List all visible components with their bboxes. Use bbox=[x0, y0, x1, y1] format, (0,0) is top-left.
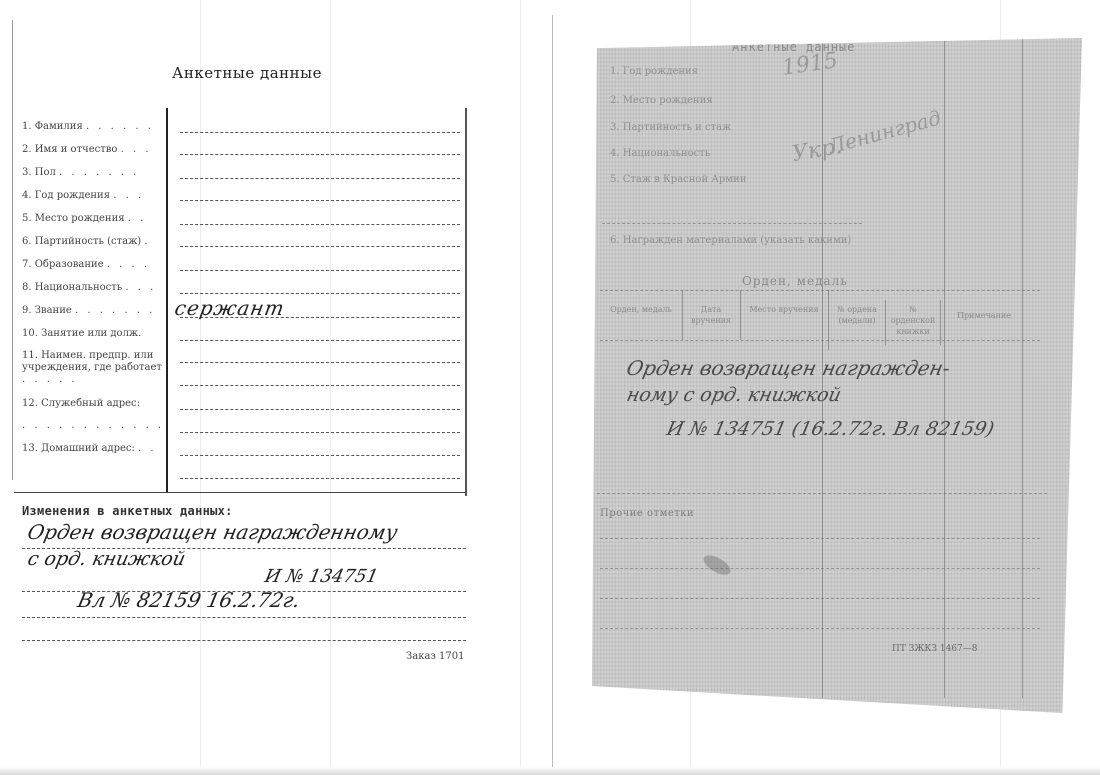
table-col-line bbox=[740, 290, 741, 340]
notes-line bbox=[600, 598, 1040, 599]
notes-line bbox=[600, 568, 1040, 569]
handwritten-change-line: И № 134751 bbox=[263, 566, 380, 587]
field-name: 2. Имя и отчество . . . bbox=[22, 144, 152, 155]
field-army-service: 5. Стаж в Красной Армии bbox=[610, 174, 746, 185]
handwritten-change-line: Орден возвращен награжденному bbox=[25, 520, 399, 544]
table-header: № орденской книжки bbox=[887, 304, 939, 337]
table-header: Примечание bbox=[944, 310, 1024, 321]
handwritten-change-line: Вл № 82159 16.2.72г. bbox=[75, 588, 302, 612]
field-occupation: 10. Занятие или долж. bbox=[22, 328, 141, 339]
field-sex: 3. Пол . . . . . . . bbox=[22, 167, 139, 178]
field-rank: 9. Звание . . . . . . . bbox=[22, 305, 155, 316]
table-header: Дата вручения bbox=[684, 304, 738, 326]
handwritten-rank: сержант bbox=[173, 296, 287, 320]
value-line bbox=[180, 409, 460, 410]
page-edge bbox=[12, 20, 13, 480]
field-nationality: 4. Национальность bbox=[610, 148, 710, 159]
table-header: Место вручения bbox=[742, 304, 826, 315]
handwritten-note-line: Орден возвращен награжден- bbox=[624, 356, 952, 380]
field-nationality: 8. Национальность . . . bbox=[22, 282, 156, 293]
field-work-address-cont: . . . . . . . . . . . . bbox=[22, 420, 164, 431]
left-page: Анкетные данные 1. Фамилия . . . . . . 2… bbox=[0, 0, 560, 775]
table-col-line bbox=[828, 290, 829, 350]
table-col-line bbox=[885, 300, 886, 345]
print-order-number: Заказ 1701 bbox=[406, 651, 465, 662]
awards-section-label: 6. Награжден материалами (указать какими… bbox=[610, 235, 851, 246]
grid-line bbox=[1022, 38, 1023, 698]
form-frame-left bbox=[166, 108, 168, 492]
changes-line bbox=[22, 617, 466, 618]
page-title: Анкетные данные bbox=[732, 40, 855, 54]
field-birthplace: 5. Место рождения . . bbox=[22, 213, 146, 224]
value-line bbox=[180, 362, 460, 363]
value-line bbox=[180, 246, 460, 247]
print-footer: ПТ ЗЖКЗ 1467—8 bbox=[892, 644, 978, 654]
divider bbox=[597, 493, 1047, 494]
field-education: 7. Образование . . . . bbox=[22, 259, 150, 270]
handwritten-note-line: И № 134751 (16.2.72г. Вл 82159) bbox=[665, 418, 996, 440]
table-col-line bbox=[940, 300, 941, 345]
value-line bbox=[180, 340, 460, 341]
changes-title: Изменения в анкетных данных: bbox=[22, 504, 233, 518]
ink-smudge bbox=[701, 551, 734, 578]
field-birthplace: 2. Место рождения bbox=[610, 95, 713, 106]
handwritten-nationality: Укр. bbox=[790, 134, 844, 167]
value-line bbox=[180, 385, 460, 386]
table-header: № ордена (медали) bbox=[830, 304, 884, 326]
handwritten-party: Ленинград bbox=[826, 105, 944, 158]
value-line bbox=[180, 478, 460, 479]
field-work-address: 12. Служебный адрес: bbox=[22, 398, 140, 409]
table-line bbox=[600, 290, 1040, 291]
changes-line bbox=[22, 640, 466, 641]
notes-label: Прочие отметки bbox=[600, 508, 694, 519]
value-line bbox=[180, 270, 460, 271]
field-party: 6. Партийность (стаж) . bbox=[22, 236, 151, 247]
value-line bbox=[180, 293, 460, 294]
notes-line bbox=[600, 628, 1040, 629]
form-frame-bottom bbox=[14, 492, 466, 493]
right-page: Анкетные данные 1. Год рождения 2. Место… bbox=[592, 38, 1082, 713]
handwritten-note-line: ному с орд. книжкой bbox=[625, 384, 844, 406]
field-party: 3. Партийность и стаж bbox=[610, 122, 731, 133]
value-line bbox=[180, 432, 460, 433]
field-birth-year: 1. Год рождения bbox=[610, 66, 698, 77]
field-birth-year: 4. Год рождения . . . bbox=[22, 190, 144, 201]
table-header: Орден, медаль bbox=[602, 304, 680, 315]
table-col-line bbox=[682, 290, 683, 340]
table-line bbox=[600, 340, 1040, 341]
form-frame-right bbox=[465, 108, 467, 496]
handwritten-change-line: с орд. книжкой bbox=[26, 548, 188, 570]
value-line bbox=[180, 132, 460, 133]
table-title: Орден, медаль bbox=[742, 274, 848, 288]
page-title: Анкетные данные bbox=[172, 64, 322, 82]
value-line bbox=[180, 200, 460, 201]
value-line bbox=[180, 154, 460, 155]
value-line bbox=[180, 178, 460, 179]
divider bbox=[602, 223, 862, 224]
value-line bbox=[180, 224, 460, 225]
field-home-address: 13. Домашний адрес: . . bbox=[22, 443, 157, 454]
notes-line bbox=[600, 538, 1040, 539]
field-workplace: 11. Наимен. предпр. или учреждения, где … bbox=[22, 350, 162, 386]
field-surname: 1. Фамилия . . . . . . bbox=[22, 121, 154, 132]
value-line bbox=[180, 455, 460, 456]
